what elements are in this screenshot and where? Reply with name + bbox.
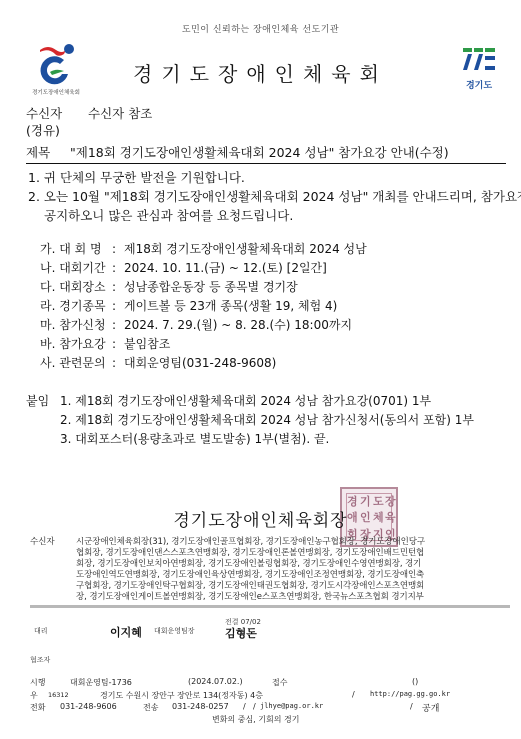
gyeonggi-logo — [462, 48, 496, 72]
website-link[interactable]: http://pag.gg.go.kr — [370, 690, 450, 698]
gyeonggi-logo-icon — [462, 48, 496, 72]
separator: / — [410, 702, 413, 711]
drafter-role: 대리 — [34, 626, 48, 636]
association-logo-caption: 경기도장애인체육회 — [24, 88, 88, 96]
postal-code: 16312 — [48, 691, 69, 699]
detail-row-inquiry: 사. 관련문의:대회운영팀(031-248-9608) — [40, 354, 276, 371]
paragraph-2-line-1: 2. 오는 10월 "제18회 경기도장애인생활체육대회 2024 성남" 개최… — [28, 187, 521, 205]
detail-row-registration: 마. 참가신청:2024. 7. 29.(월) ~ 8. 28.(수) 18:0… — [40, 316, 352, 333]
recipients-line: 장, 경기도장애인게이트볼연맹회장, 경기도장애인e스포츠연맹회장, 한국뉴스포… — [76, 590, 424, 602]
enforce-date: (2024.07.02.) — [188, 677, 243, 686]
email-link[interactable]: jlhye@pag.or.kr — [260, 702, 323, 710]
detail-value: 성남종합운동장 등 종목별 경기장 — [124, 280, 298, 294]
detail-row-period: 나. 대회기간:2024. 10. 11.(금) ~ 12.(토) [2일간] — [40, 259, 327, 276]
approval-divider — [30, 605, 510, 608]
gyeonggi-logo-caption: 경기도 — [462, 78, 496, 91]
fax-number: 031-248-0257 — [172, 702, 229, 711]
drafter-name: 이지혜 — [110, 624, 142, 640]
recipients-label: 수신자 — [30, 535, 55, 547]
attachment-item[interactable]: 1. 제18회 경기도장애인생활체육대회 2024 성남 참가요강(0701) … — [60, 392, 431, 409]
receive-value: () — [412, 677, 418, 686]
subject-label: 제목 — [26, 143, 50, 161]
attachments-label: 붙임 — [26, 392, 49, 409]
detail-value: 대회운영팀(031-248-9608) — [124, 356, 276, 370]
detail-label: 나. 대회기간 — [40, 259, 112, 276]
detail-label: 라. 경기종목 — [40, 297, 112, 314]
enforce-number: 대회운영팀-1736 — [70, 677, 132, 688]
recipient-value: 수신자 참조 — [88, 104, 152, 122]
disclosure-status: 공개 — [422, 701, 439, 714]
separator: / — [243, 702, 246, 711]
paragraph-2-line-2: 공지하오니 많은 관심과 참여를 요청드립니다. — [44, 206, 293, 224]
via-label: (경유) — [26, 121, 60, 139]
detail-label: 사. 관련문의 — [40, 354, 112, 371]
separator: / — [352, 690, 355, 699]
detail-value: 제18회 경기도장애인생활체육대회 2024 성남 — [124, 242, 367, 256]
attachment-item[interactable]: 3. 대회포스터(용량초과로 별도발송) 1부(별첨). 끝. — [60, 430, 329, 447]
address: 경기도 수원시 장안구 장안로 134(정자동) 4층 — [100, 690, 263, 701]
detail-label: 다. 대회장소 — [40, 278, 112, 295]
phone-label: 전화 — [30, 702, 45, 713]
separator: / — [253, 702, 256, 711]
approver-role: 대회운영팀장 — [154, 626, 195, 636]
detail-label: 가. 대 회 명 — [40, 240, 112, 257]
detail-row-guidelines: 바. 참가요강:붙임참조 — [40, 335, 170, 352]
detail-value: 2024. 7. 29.(월) ~ 8. 28.(수) 18:00까지 — [124, 318, 352, 332]
fax-label: 전송 — [143, 702, 158, 713]
detail-row-sports: 라. 경기종목:게이트볼 등 23개 종목(생활 19, 체험 4) — [40, 297, 337, 314]
subject-divider — [26, 163, 506, 164]
receive-label: 접수 — [272, 677, 287, 688]
attachment-item[interactable]: 2. 제18회 경기도장애인생활체육대회 2024 성남 참가신청서(동의서 포… — [60, 411, 474, 428]
detail-value: 붙임참조 — [124, 337, 170, 351]
recipient-label: 수신자 — [26, 104, 62, 122]
paragraph-1: 1. 귀 단체의 무궁한 발전을 기원합니다. — [28, 168, 245, 186]
cooperator-label: 협조자 — [30, 655, 50, 665]
detail-label: 바. 참가요강 — [40, 335, 112, 352]
postal-label: 우 — [30, 690, 38, 701]
signer-title: 경기도장애인체육회장 — [0, 506, 521, 531]
approver-name: 김형돈 — [225, 625, 257, 641]
motto: 변화의 중심, 기회의 경기 — [212, 714, 299, 725]
detail-label: 마. 참가신청 — [40, 316, 112, 333]
slogan: 도민이 신뢰하는 장애인체육 선도기관 — [0, 22, 521, 35]
subject-value: "제18회 경기도장애인생활체육대회 2024 성남" 참가요강 안내(수정) — [70, 143, 449, 161]
detail-value: 게이트볼 등 23개 종목(생활 19, 체험 4) — [124, 299, 337, 313]
detail-row-venue: 다. 대회장소:성남종합운동장 등 종목별 경기장 — [40, 278, 298, 295]
org-title: 경기도장애인체육회 — [0, 58, 521, 87]
detail-row-event-name: 가. 대 회 명:제18회 경기도장애인생활체육대회 2024 성남 — [40, 240, 367, 257]
enforce-label: 시행 — [30, 677, 45, 688]
phone-number: 031-248-9606 — [60, 702, 117, 711]
detail-value: 2024. 10. 11.(금) ~ 12.(토) [2일간] — [124, 261, 327, 275]
